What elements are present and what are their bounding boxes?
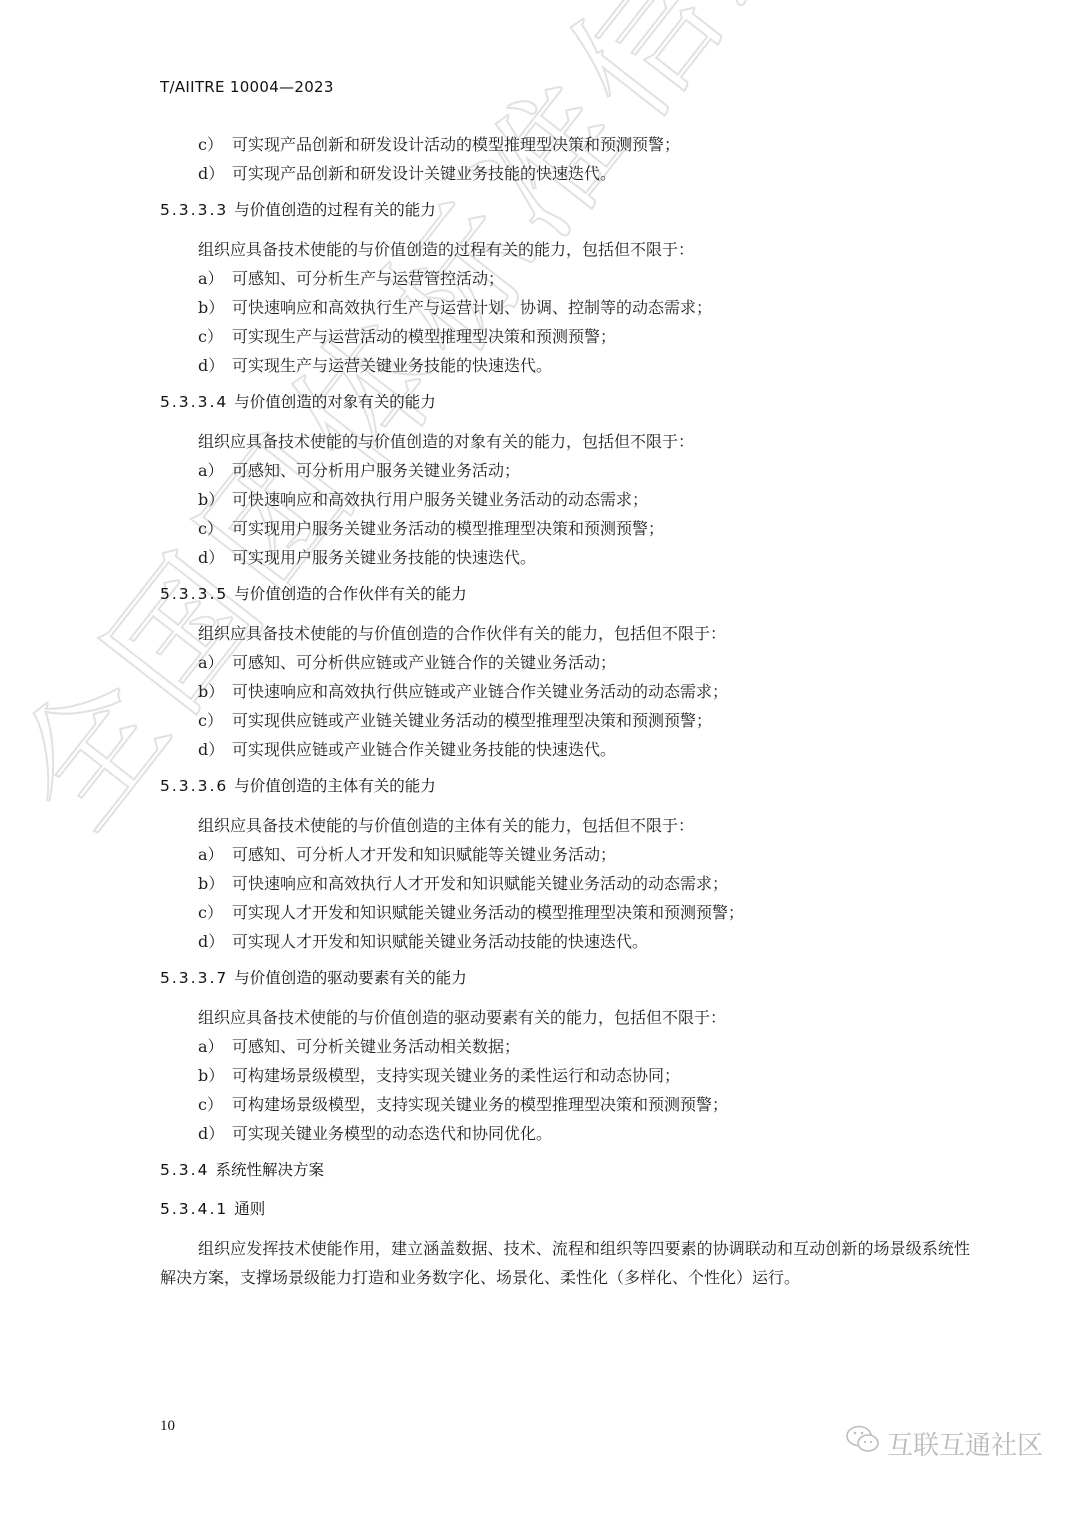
item-marker: c） <box>198 706 232 735</box>
section-title: 与价值创造的合作伙伴有关的能力 <box>234 585 467 603</box>
item-text: 可实现关键业务模型的动态迭代和协同优化。 <box>232 1124 552 1143</box>
item-marker: a） <box>198 840 232 869</box>
section-title: 与价值创造的对象有关的能力 <box>234 393 436 411</box>
section-number: 5.3.3.4 <box>160 393 228 411</box>
item-text: 可快速响应和高效执行生产与运营计划、协调、控制等的动态需求； <box>232 298 712 317</box>
item-text: 可构建场景级模型，支持实现关键业务的模型推理型决策和预测预警； <box>232 1095 728 1114</box>
document-body: c）可实现产品创新和研发设计活动的模型推理型决策和预测预警； d）可实现产品创新… <box>160 130 980 1292</box>
item-text: 可快速响应和高效执行用户服务关键业务活动的动态需求； <box>232 490 648 509</box>
item-text: 可感知、可分析人才开发和知识赋能等关键业务活动； <box>232 845 616 864</box>
section-number: 5.3.3.7 <box>160 969 228 987</box>
section-heading: 5.3.3.4与价值创造的对象有关的能力 <box>160 388 980 417</box>
item-marker: d） <box>198 543 232 572</box>
section-title: 通则 <box>234 1200 265 1218</box>
section-heading-534: 5.3.4系统性解决方案 <box>160 1156 980 1185</box>
item-marker: a） <box>198 456 232 485</box>
section-intro: 组织应具备技术使能的与价值创造的对象有关的能力，包括但不限于： <box>160 427 980 456</box>
list-item: d）可实现供应链或产业链合作关键业务技能的快速迭代。 <box>160 735 980 764</box>
section-heading-5341: 5.3.4.1通则 <box>160 1195 980 1224</box>
list-item: a）可感知、可分析供应链或产业链合作的关键业务活动； <box>160 648 980 677</box>
section-number: 5.3.4 <box>160 1161 209 1179</box>
item-marker: d） <box>198 735 232 764</box>
wechat-icon <box>845 1424 881 1463</box>
item-marker: d） <box>198 927 232 956</box>
item-text: 可实现用户服务关键业务技能的快速迭代。 <box>232 548 536 567</box>
section-intro: 组织应具备技术使能的与价值创造的合作伙伴有关的能力，包括但不限于： <box>160 619 980 648</box>
item-text: 可快速响应和高效执行供应链或产业链合作关键业务活动的动态需求； <box>232 682 728 701</box>
section-heading: 5.3.3.6与价值创造的主体有关的能力 <box>160 772 980 801</box>
item-marker: d） <box>198 159 232 188</box>
item-marker: a） <box>198 648 232 677</box>
item-text: 可感知、可分析关键业务活动相关数据； <box>232 1037 520 1056</box>
item-marker: d） <box>198 1119 232 1148</box>
section-5335: 5.3.3.5与价值创造的合作伙伴有关的能力 组织应具备技术使能的与价值创造的合… <box>160 580 980 764</box>
list-item: c）可实现供应链或产业链关键业务活动的模型推理型决策和预测预警； <box>160 706 980 735</box>
list-item: b）可快速响应和高效执行人才开发和知识赋能关键业务活动的动态需求； <box>160 869 980 898</box>
item-text: 可感知、可分析生产与运营管控活动； <box>232 269 504 288</box>
item-text: 可构建场景级模型，支持实现关键业务的柔性运行和动态协同； <box>232 1066 680 1085</box>
section-title: 与价值创造的驱动要素有关的能力 <box>234 969 467 987</box>
item-marker: c） <box>198 1090 232 1119</box>
page-number: 10 <box>160 1418 175 1435</box>
item-text: 可实现产品创新和研发设计活动的模型推理型决策和预测预警； <box>232 135 680 154</box>
section-intro: 组织应具备技术使能的与价值创造的驱动要素有关的能力，包括但不限于： <box>160 1003 980 1032</box>
section-number: 5.3.3.5 <box>160 585 228 603</box>
section-intro: 组织应具备技术使能的与价值创造的过程有关的能力，包括但不限于： <box>160 235 980 264</box>
section-number: 5.3.4.1 <box>160 1200 228 1218</box>
section-number: 5.3.3.6 <box>160 777 228 795</box>
item-text: 可实现产品创新和研发设计关键业务技能的快速迭代。 <box>232 164 616 183</box>
section-5333: 5.3.3.3与价值创造的过程有关的能力 组织应具备技术使能的与价值创造的过程有… <box>160 196 980 380</box>
list-item: c）可构建场景级模型，支持实现关键业务的模型推理型决策和预测预警； <box>160 1090 980 1119</box>
item-marker: c） <box>198 514 232 543</box>
list-item: c）可实现产品创新和研发设计活动的模型推理型决策和预测预警； <box>160 130 980 159</box>
list-item: b）可构建场景级模型，支持实现关键业务的柔性运行和动态协同； <box>160 1061 980 1090</box>
item-marker: c） <box>198 898 232 927</box>
item-text: 可实现人才开发和知识赋能关键业务活动技能的快速迭代。 <box>232 932 648 951</box>
list-item: a）可感知、可分析生产与运营管控活动； <box>160 264 980 293</box>
item-text: 可感知、可分析用户服务关键业务活动； <box>232 461 520 480</box>
section-5336: 5.3.3.6与价值创造的主体有关的能力 组织应具备技术使能的与价值创造的主体有… <box>160 772 980 956</box>
top-items: c）可实现产品创新和研发设计活动的模型推理型决策和预测预警； d）可实现产品创新… <box>160 130 980 188</box>
section-5337: 5.3.3.7与价值创造的驱动要素有关的能力 组织应具备技术使能的与价值创造的驱… <box>160 964 980 1148</box>
list-item: d）可实现产品创新和研发设计关键业务技能的快速迭代。 <box>160 159 980 188</box>
item-marker: c） <box>198 322 232 351</box>
item-text: 可感知、可分析供应链或产业链合作的关键业务活动； <box>232 653 616 672</box>
item-text: 可实现用户服务关键业务活动的模型推理型决策和预测预警； <box>232 519 664 538</box>
item-marker: b） <box>198 485 232 514</box>
item-text: 可实现供应链或产业链合作关键业务技能的快速迭代。 <box>232 740 616 759</box>
wechat-badge: 互联互通社区 <box>845 1424 1043 1463</box>
item-marker: a） <box>198 1032 232 1061</box>
item-text: 可实现人才开发和知识赋能关键业务活动的模型推理型决策和预测预警； <box>232 903 744 922</box>
document-code: T/AIITRE 10004—2023 <box>160 78 334 96</box>
item-marker: b） <box>198 869 232 898</box>
list-item: d）可实现人才开发和知识赋能关键业务活动技能的快速迭代。 <box>160 927 980 956</box>
item-text: 可快速响应和高效执行人才开发和知识赋能关键业务活动的动态需求； <box>232 874 728 893</box>
list-item: b）可快速响应和高效执行生产与运营计划、协调、控制等的动态需求； <box>160 293 980 322</box>
item-text: 可实现供应链或产业链关键业务活动的模型推理型决策和预测预警； <box>232 711 712 730</box>
section-intro: 组织应具备技术使能的与价值创造的主体有关的能力，包括但不限于： <box>160 811 980 840</box>
section-heading: 5.3.3.3与价值创造的过程有关的能力 <box>160 196 980 225</box>
section-5334: 5.3.3.4与价值创造的对象有关的能力 组织应具备技术使能的与价值创造的对象有… <box>160 388 980 572</box>
item-text: 可实现生产与运营关键业务技能的快速迭代。 <box>232 356 552 375</box>
list-item: d）可实现生产与运营关键业务技能的快速迭代。 <box>160 351 980 380</box>
item-marker: d） <box>198 351 232 380</box>
item-marker: b） <box>198 1061 232 1090</box>
list-item: c）可实现用户服务关键业务活动的模型推理型决策和预测预警； <box>160 514 980 543</box>
item-text: 可实现生产与运营活动的模型推理型决策和预测预警； <box>232 327 616 346</box>
item-marker: c） <box>198 130 232 159</box>
list-item: d）可实现用户服务关键业务技能的快速迭代。 <box>160 543 980 572</box>
section-title: 与价值创造的主体有关的能力 <box>234 777 436 795</box>
item-marker: b） <box>198 293 232 322</box>
list-item: a）可感知、可分析用户服务关键业务活动； <box>160 456 980 485</box>
section-heading: 5.3.3.7与价值创造的驱动要素有关的能力 <box>160 964 980 993</box>
list-item: c）可实现人才开发和知识赋能关键业务活动的模型推理型决策和预测预警； <box>160 898 980 927</box>
section-title: 系统性解决方案 <box>215 1161 324 1179</box>
section-number: 5.3.3.3 <box>160 201 228 219</box>
wechat-account-name: 互联互通社区 <box>887 1425 1043 1462</box>
list-item: a）可感知、可分析关键业务活动相关数据； <box>160 1032 980 1061</box>
section-heading: 5.3.3.5与价值创造的合作伙伴有关的能力 <box>160 580 980 609</box>
section-paragraph: 组织应发挥技术使能作用，建立涵盖数据、技术、流程和组织等四要素的协调联动和互动创… <box>160 1234 970 1292</box>
list-item: b）可快速响应和高效执行用户服务关键业务活动的动态需求； <box>160 485 980 514</box>
list-item: d）可实现关键业务模型的动态迭代和协同优化。 <box>160 1119 980 1148</box>
item-marker: a） <box>198 264 232 293</box>
item-marker: b） <box>198 677 232 706</box>
section-title: 与价值创造的过程有关的能力 <box>234 201 436 219</box>
list-item: b）可快速响应和高效执行供应链或产业链合作关键业务活动的动态需求； <box>160 677 980 706</box>
list-item: c）可实现生产与运营活动的模型推理型决策和预测预警； <box>160 322 980 351</box>
list-item: a）可感知、可分析人才开发和知识赋能等关键业务活动； <box>160 840 980 869</box>
